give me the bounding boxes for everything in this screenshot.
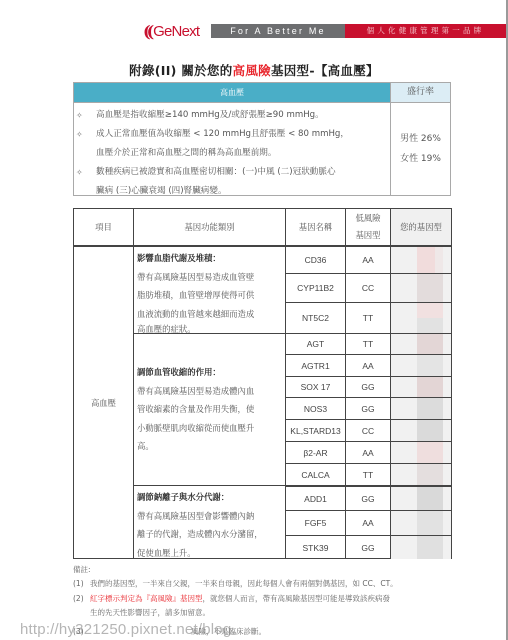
function-group-sodium: 調節鈉離子與水分代謝： 帶有高風險基因型會影響體內鈉 離子的代謝，造成體內水分瀦…	[134, 486, 286, 559]
low-risk-genotype: CC	[346, 274, 391, 303]
gene-name: CYP11B2	[286, 274, 346, 303]
your-genotype-redacted	[391, 464, 451, 486]
logo-swoosh-icon: ((	[143, 22, 150, 41]
your-genotype-redacted	[391, 420, 451, 442]
function-desc-line: 促使血壓上升。	[137, 544, 196, 563]
notes-title: 備註:	[73, 563, 473, 577]
info-header-disease: 高血壓	[74, 83, 390, 102]
note-text-continued: 生的先天性影響因子，請多加留意。	[90, 608, 210, 617]
low-risk-genotype: AA	[346, 355, 391, 377]
prevalence-female: 女性 19%	[400, 149, 441, 169]
your-genotype-redacted	[391, 398, 451, 420]
genext-logo: (( GeNext	[143, 20, 199, 42]
low-risk-genotype: TT	[346, 334, 391, 355]
gene-name: KL,STARD13	[286, 420, 346, 442]
title-prefix: 附錄(II) 關於您的	[129, 63, 232, 78]
gene-name: AGT	[286, 334, 346, 355]
info-line-text: 血壓介於正常和高血壓之間的稱為高血壓前期。	[96, 148, 276, 158]
note-number: (1)	[73, 577, 84, 592]
note-text: 我們的基因型，一半來自父親，一半來自母親，因此每個人會有兩個對偶基因，如 CC、…	[90, 579, 398, 588]
note-item: (1) 我們的基因型，一半來自父親，一半來自母親，因此每個人會有兩個對偶基因，如…	[73, 577, 473, 592]
low-risk-genotype: CC	[346, 420, 391, 442]
your-genotype-redacted	[391, 377, 451, 398]
gene-name: AGTR1	[286, 355, 346, 377]
info-line: ✧成人正常血壓值為收縮壓 < 120 mmHg且舒張壓 < 80 mmHg，	[74, 125, 390, 144]
info-line: 血壓介於正常和高血壓之間的稱為高血壓前期。	[74, 144, 390, 163]
note-number: (2)	[73, 592, 84, 607]
gene-name: STK39	[286, 536, 346, 559]
disease-info-table: 高血壓 盛行率 ✧高血壓是指收縮壓≥140 mmHg及/或舒張壓≥90 mmHg…	[73, 82, 451, 196]
info-line-text: 成人正常血壓值為收縮壓 < 120 mmHg且舒張壓 < 80 mmHg，	[96, 129, 349, 139]
function-desc-line: 離子的代謝，造成體內水分瀦留，	[137, 525, 263, 544]
title-suffix: 基因型-【高血壓】	[271, 63, 379, 78]
gene-name: CD36	[286, 246, 346, 274]
function-group-vasoconstriction: 調節血管收縮的作用： 帶有高風險基因型易造成體內血 管收縮素的含量及作用失衡，使…	[134, 334, 286, 486]
function-title: 調節血管收縮的作用：	[137, 363, 221, 382]
low-risk-genotype: GG	[346, 536, 391, 559]
prevalence-male: 男性 26%	[400, 129, 441, 149]
header-low-risk-line1: 低風險	[355, 210, 380, 227]
tagline-banner: 個人化健康管理第一品牌	[345, 24, 506, 38]
function-desc-line: 管收縮素的含量及作用失衡，使	[137, 400, 254, 419]
watermark-url: http://hy321250.pixnet.net/blog	[20, 621, 231, 638]
function-desc-line: 帶有高風險基因型易造成體內血	[137, 382, 254, 401]
info-description: ✧高血壓是指收縮壓≥140 mmHg及/或舒張壓≥90 mmHg。 ✧成人正常血…	[74, 102, 390, 195]
function-desc-line: 小動脈壁肌肉收縮從而使血壓升	[137, 419, 254, 438]
low-risk-genotype: TT	[346, 303, 391, 334]
low-risk-genotype: AA	[346, 246, 391, 274]
your-genotype-redacted	[391, 486, 451, 511]
item-hypertension: 高血壓	[74, 246, 134, 559]
your-genotype-redacted	[391, 442, 451, 464]
header-low-risk: 低風險 基因型	[346, 209, 391, 246]
info-line: ✧高血壓是指收縮壓≥140 mmHg及/或舒張壓≥90 mmHg。	[74, 106, 390, 125]
gene-name: ADD1	[286, 486, 346, 511]
gene-table: 項目 基因功能類別 基因名稱 低風險 基因型 您的基因型 高血壓 影響血脂代謝及…	[73, 208, 452, 559]
function-desc-line: 脂肪堆積，血管壁增厚使得可供	[137, 286, 254, 305]
your-genotype-redacted	[391, 334, 451, 355]
diamond-bullet-icon: ✧	[76, 163, 83, 182]
header-gene-name: 基因名稱	[286, 209, 346, 246]
low-risk-genotype: TT	[346, 464, 391, 486]
title-highlight: 高風險	[233, 63, 271, 78]
header-low-risk-line2: 基因型	[355, 227, 380, 244]
page-title: 附錄(II) 關於您的高風險基因型-【高血壓】	[0, 61, 508, 79]
low-risk-genotype: GG	[346, 398, 391, 420]
your-genotype-redacted	[391, 274, 451, 303]
function-group-lipid: 影響血脂代謝及堆積： 帶有高風險基因型易造成血管壁 脂肪堆積，血管壁增厚使得可供…	[134, 246, 286, 334]
logo-text: GeNext	[153, 23, 199, 40]
low-risk-genotype: GG	[346, 377, 391, 398]
header-function: 基因功能類別	[134, 209, 286, 246]
your-genotype-redacted	[391, 355, 451, 377]
info-line: 臟病 (三)心臟衰竭 (四)腎臟病變。	[74, 182, 390, 201]
function-desc-line: 帶有高風險基因型易造成血管壁	[137, 268, 254, 287]
note-text: ，就您個人而言，帶有高風險基因型可能是導致該疾病發	[203, 594, 391, 603]
slogan-banner: For A Better Me	[211, 24, 345, 38]
your-genotype-redacted	[391, 246, 451, 274]
gene-name: CALCA	[286, 464, 346, 486]
prevalence-values: 男性 26% 女性 19%	[390, 102, 450, 195]
your-genotype-redacted	[391, 303, 451, 334]
gene-name: NOS3	[286, 398, 346, 420]
info-line-text: 臟病 (三)心臟衰竭 (四)腎臟病變。	[96, 186, 227, 196]
gene-name: SOX 17	[286, 377, 346, 398]
note-red-text: 紅字標示判定為『高風險』基因型	[90, 594, 203, 603]
info-line-text: 高血壓是指收縮壓≥140 mmHg及/或舒張壓≥90 mmHg。	[96, 110, 324, 120]
info-line: ✧數種疾病已被證實和高血壓密切相關：(一)中風 (二)冠狀動脈心	[74, 163, 390, 182]
low-risk-genotype: GG	[346, 486, 391, 511]
info-header-prevalence: 盛行率	[390, 83, 450, 102]
note-item: (2) 紅字標示判定為『高風險』基因型，就您個人而言，帶有高風險基因型可能是導致…	[73, 592, 473, 621]
gene-name: FGF5	[286, 511, 346, 536]
gene-name: β2-AR	[286, 442, 346, 464]
gene-name: NT5C2	[286, 303, 346, 334]
low-risk-genotype: AA	[346, 442, 391, 464]
header-item: 項目	[74, 209, 134, 246]
your-genotype-redacted	[391, 536, 451, 559]
function-desc-line: 帶有高風險基因型會影響體內鈉	[137, 507, 254, 526]
diamond-bullet-icon: ✧	[76, 125, 83, 144]
function-title: 調節鈉離子與水分代謝：	[137, 488, 229, 507]
header-your-genotype: 您的基因型	[391, 209, 451, 246]
function-desc-line: 高。	[137, 437, 154, 456]
low-risk-genotype: AA	[346, 511, 391, 536]
your-genotype-redacted	[391, 511, 451, 536]
function-title: 影響血脂代謝及堆積：	[137, 249, 221, 268]
diamond-bullet-icon: ✧	[76, 106, 83, 125]
info-line-text: 數種疾病已被證實和高血壓密切相關：(一)中風 (二)冠狀動脈心	[96, 167, 336, 177]
